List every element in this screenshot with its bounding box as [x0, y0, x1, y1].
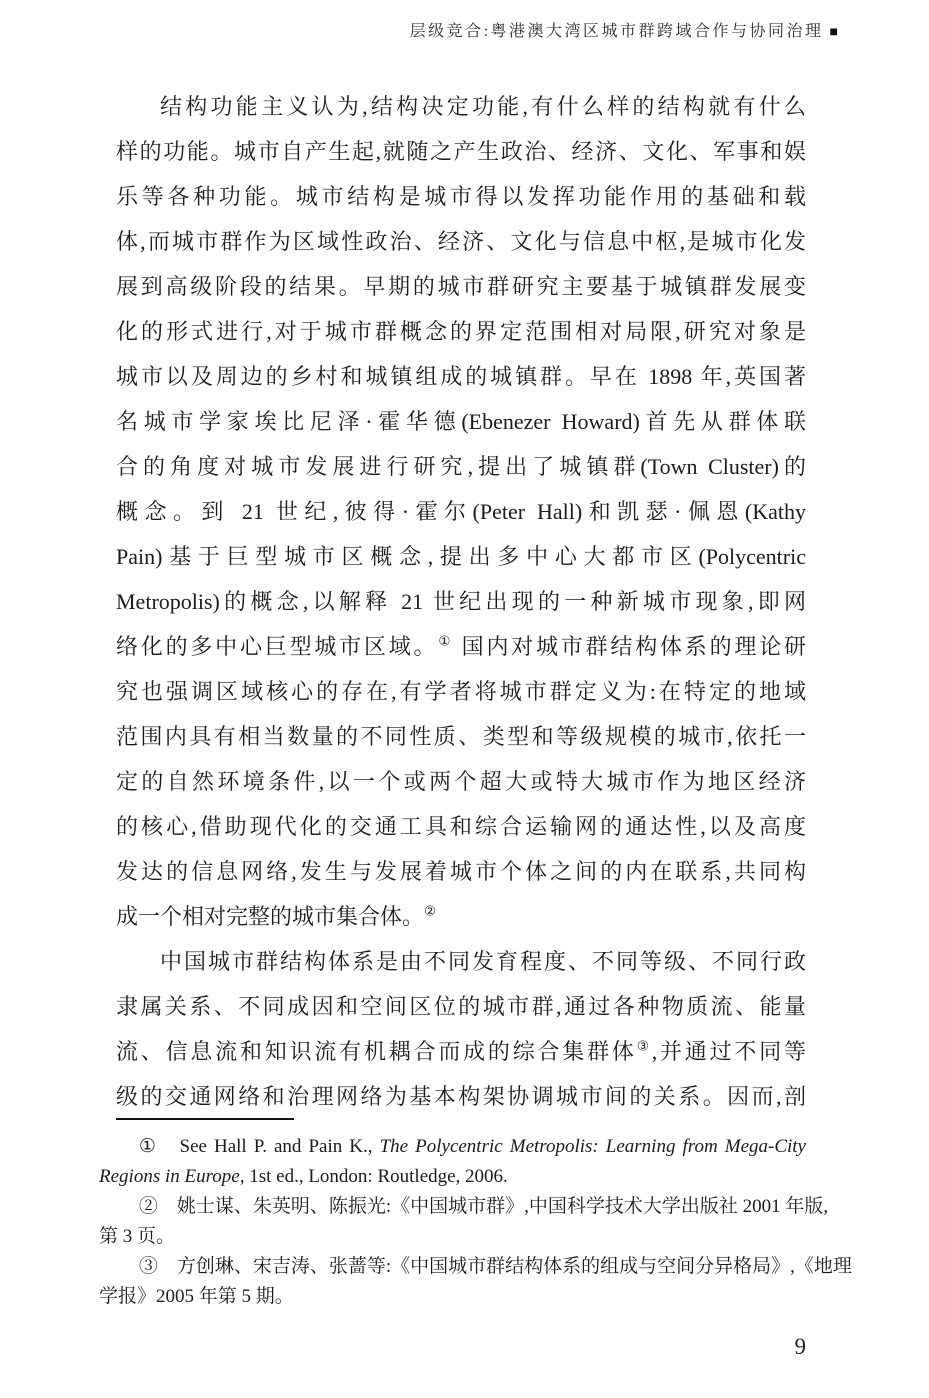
body-line: 结构功能主义认为,结构决定功能,有什么样的结构就有什么: [116, 84, 806, 129]
footnote-text: 第 3 页。: [99, 1226, 175, 1247]
footnote-ref-marker: ③: [637, 1039, 652, 1054]
footnote-text: , 1st ed., London: Routledge, 2006.: [240, 1166, 508, 1187]
page-number: 9: [116, 1334, 806, 1360]
footnote-line: Regions in Europe, 1st ed., London: Rout…: [99, 1162, 806, 1192]
book-page: 层级竞合:粤港澳大湾区城市群跨域合作与协同治理■ 结构功能主义认为,结构决定功能…: [0, 0, 929, 1398]
body-line: 范围内具有相当数量的不同性质、类型和等级规模的城市,依托一: [116, 714, 806, 759]
running-header-title: 层级竞合:粤港澳大湾区城市群跨域合作与协同治理: [410, 23, 824, 40]
body-line: 的核心,借助现代化的交通工具和综合运输网的通达性,以及高度: [116, 804, 806, 849]
footnote-line: 学报》2005 年第 5 期。: [99, 1282, 806, 1312]
body-text: 结构功能主义认为,结构决定功能,有什么样的结构就有什么样的功能。城市自产生起,就…: [116, 84, 806, 1119]
body-line: 样的功能。城市自产生起,就随之产生政治、经济、文化、军事和娱: [116, 129, 806, 174]
body-line: 合的角度对城市发展进行研究,提出了城镇群(Town Cluster)的: [116, 444, 806, 489]
body-line: 乐等各种功能。城市结构是城市得以发挥功能作用的基础和载: [116, 174, 806, 219]
footnote-line: ③ 方创琳、宋吉涛、张蔷等:《中国城市群结构体系的组成与空间分异格局》,《地理: [99, 1252, 806, 1282]
body-line: Pain)基于巨型城市区概念,提出多中心大都市区(Polycentric: [116, 534, 806, 579]
footnote-work-title: The Polycentric Metropolis: Learning fro…: [380, 1136, 806, 1157]
footnote-line: ① See Hall P. and Pain K., The Polycentr…: [99, 1132, 806, 1162]
body-line: 流、信息流和知识流有机耦合而成的综合集群体③,并通过不同等: [116, 1029, 806, 1074]
footnote-text: ① See Hall P. and Pain K.,: [139, 1136, 380, 1157]
body-line: 隶属关系、不同成因和空间区位的城市群,通过各种物质流、能量: [116, 984, 806, 1029]
footnote-line: ② 姚士谋、朱英明、陈振光:《中国城市群》,中国科学技术大学出版社 2001 年…: [99, 1192, 806, 1222]
body-line: 概念。到 21 世纪,彼得·霍尔(Peter Hall)和凯瑟·佩恩(Kathy: [116, 489, 806, 534]
footnote-text: 学报》2005 年第 5 期。: [99, 1286, 294, 1307]
body-line: 成一个相对完整的城市集合体。②: [116, 894, 806, 939]
footnote-separator: [116, 1118, 294, 1120]
body-line: Metropolis)的概念,以解释 21 世纪出现的一种新城市现象,即网: [116, 579, 806, 624]
body-line: 展到高级阶段的结果。早期的城市群研究主要基于城镇群发展变: [116, 264, 806, 309]
body-line: 中国城市群结构体系是由不同发育程度、不同等级、不同行政: [116, 939, 806, 984]
body-line: 化的形式进行,对于城市群概念的界定范围相对局限,研究对象是: [116, 309, 806, 354]
body-line: 级的交通网络和治理网络为基本构架协调城市间的关系。因而,剖: [116, 1074, 806, 1119]
body-line: 络化的多中心巨型城市区域。① 国内对城市群结构体系的理论研: [116, 624, 806, 669]
body-line: 名城市学家埃比尼泽·霍华德(Ebenezer Howard)首先从群体联: [116, 399, 806, 444]
body-line: 发达的信息网络,发生与发展着城市个体之间的内在联系,共同构: [116, 849, 806, 894]
running-header: 层级竞合:粤港澳大湾区城市群跨域合作与协同治理■: [410, 18, 838, 41]
header-square-marker: ■: [830, 25, 838, 40]
footnote-work-title: Regions in Europe: [99, 1166, 240, 1187]
footnote-text: ③ 方创琳、宋吉涛、张蔷等:《中国城市群结构体系的组成与空间分异格局》,《地理: [139, 1256, 852, 1277]
body-line: 定的自然环境条件,以一个或两个超大或特大城市作为地区经济: [116, 759, 806, 804]
body-line: 体,而城市群作为区域性政治、经济、文化与信息中枢,是城市化发: [116, 219, 806, 264]
footnote-ref-marker: ①: [438, 634, 453, 649]
body-line: 城市以及周边的乡村和城镇组成的城镇群。早在 1898 年,英国著: [116, 354, 806, 399]
footnote-ref-marker: ②: [424, 904, 436, 919]
footnote-line: 第 3 页。: [99, 1222, 806, 1252]
footnote-text: ② 姚士谋、朱英明、陈振光:《中国城市群》,中国科学技术大学出版社 2001 年…: [139, 1196, 828, 1217]
body-line: 究也强调区域核心的存在,有学者将城市群定义为:在特定的地域: [116, 669, 806, 714]
footnotes: ① See Hall P. and Pain K., The Polycentr…: [99, 1132, 806, 1312]
